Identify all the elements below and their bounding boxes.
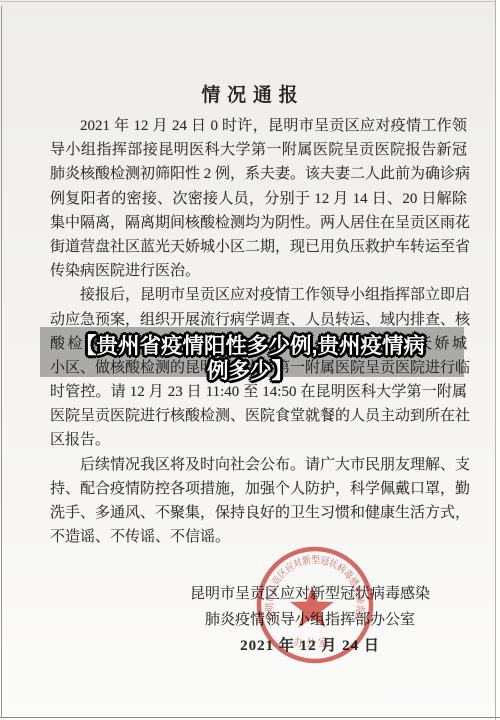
body-line: 医院呈贡医院进行核酸检测、医院食堂就餐的人员主动到所在社: [50, 404, 467, 428]
watermark-overlay: 【贵州省疫情阳性多少例,贵州疫情病 例多少】: [0, 334, 500, 383]
body-line: 洗手、多通风、不聚集，保持良好的卫生习惯和健康生活方式，: [50, 501, 467, 525]
seal-office-text: 办公室: [293, 636, 331, 649]
watermark-line-2: 例多少】: [0, 359, 500, 384]
watermark-line-1: 【贵州省疫情阳性多少例,贵州疫情病: [0, 334, 500, 359]
notice-title: 情 况 通 报: [0, 80, 500, 104]
body-line: 后续情况我区将及时向社会公布。请广大市民朋友理解、支: [50, 453, 467, 477]
body-line: 例复阳者的密接、次密接人员，分别于 12 月 14 日、20 日解除: [50, 187, 467, 211]
body-line: 街道营盘社区蓝光天娇城小区二期，现已用负压救护车转运至省: [50, 235, 467, 259]
body-line: 导小组指挥部接昆明医科大学第一附属医院呈贡医院报告新冠: [50, 138, 467, 162]
seal-star-icon: [290, 586, 334, 628]
photo-edge-top: [0, 1, 500, 2]
photo-edge-left: [1, 6, 2, 718]
body-line: 接报后，昆明市呈贡区应对疫情工作领导小组指挥部立即启: [50, 283, 467, 307]
body-line: 传染病医院进行医治。: [50, 259, 467, 283]
body-line: 2021 年 12 月 24 日 0 时许，昆明市呈贡区应对疫情工作领: [50, 114, 467, 138]
photo-right-margin: [496, 0, 500, 720]
photo-edge-bottom: [0, 717, 500, 718]
body-line: 时管控。请 12 月 23 日 11:40 至 14:50 在昆明医科大学第一附…: [50, 380, 467, 404]
body-line: 肺炎核酸检测初筛阳性 2 例，系夫妻。该夫妻二人此前为确诊病: [50, 162, 467, 186]
photo-edge-right: [495, 0, 496, 720]
document-photo: 情 况 通 报 2021 年 12 月 24 日 0 时许，昆明市呈贡区应对疫情…: [0, 0, 500, 720]
official-seal: 昆明市呈贡区应对新型冠状病毒感染肺炎疫情领导小组指挥部 办公室: [249, 539, 381, 671]
body-line: 区报告。: [50, 428, 467, 452]
body-line: 集中隔离，隔离期间核酸检测均为阴性。两人居住在呈贡区雨花: [50, 211, 467, 235]
body-line: 持、配合疫情防控各项措施，加强个人防护，科学佩戴口罩，勤: [50, 477, 467, 501]
